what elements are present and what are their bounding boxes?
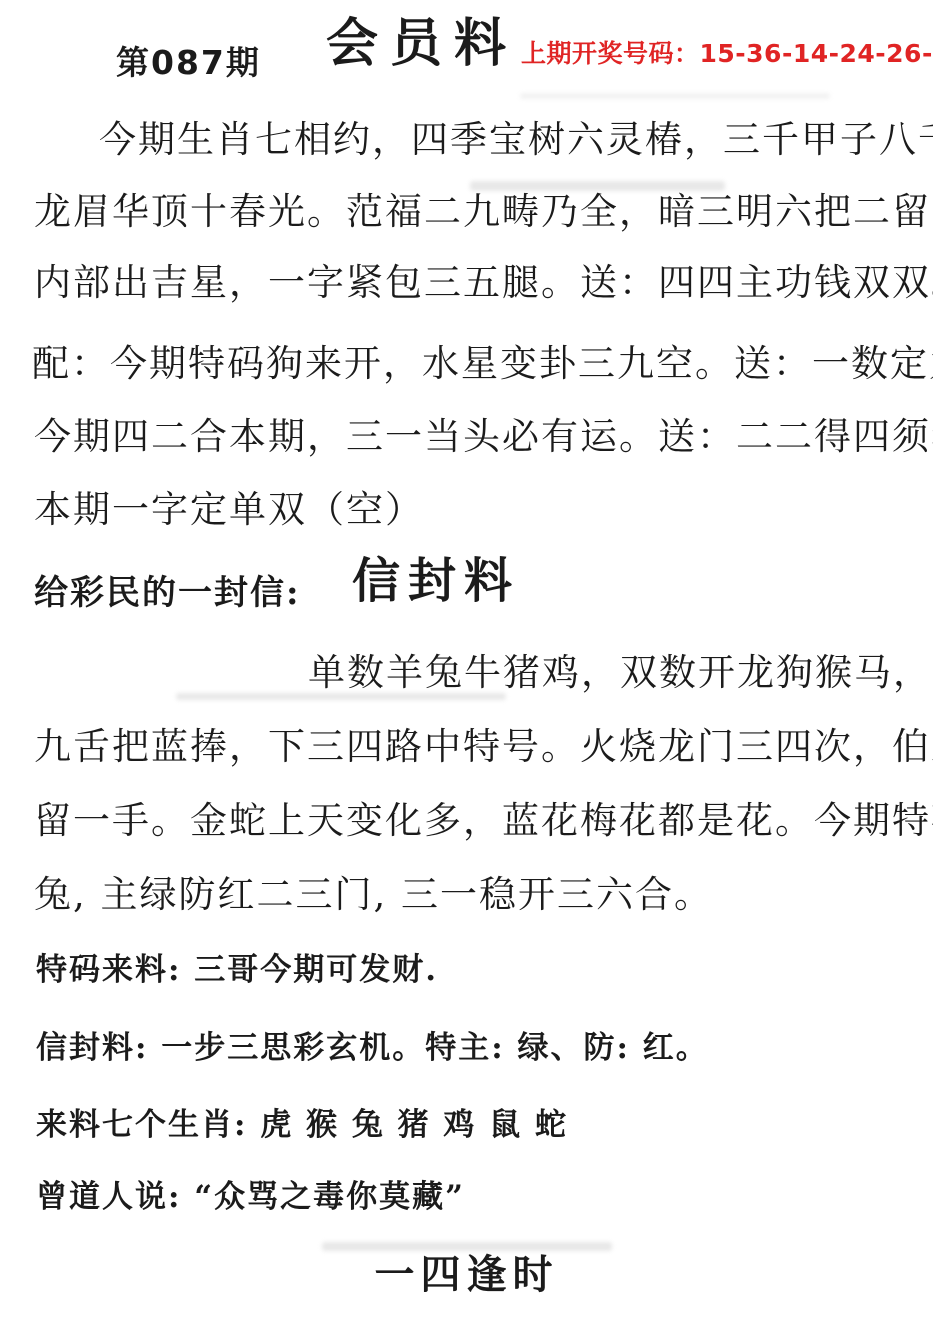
poem-line: 今期生肖七相约，四季宝树六灵椿，三千甲子八千寿， xyxy=(99,119,933,162)
footer-phrase: 一四逢时 xyxy=(0,1252,933,1298)
poem-line: 内部出吉星，一字紧包三五腿。送：四四主功钱双双。 xyxy=(34,262,933,305)
scan-artifact xyxy=(470,181,725,191)
tip-envelope: 信封料: 一步三思彩玄机。特主: 绿、防: 红。 xyxy=(36,1031,709,1067)
scan-artifact xyxy=(322,1242,612,1251)
letter-line: 兔, 主绿防红二三门, 三一稳开三六合。 xyxy=(34,874,713,917)
issue-number: 第087期 xyxy=(116,44,261,82)
scan-artifact xyxy=(520,93,830,99)
poem-line: 配：今期特码狗来开，水星变卦三九空。送：一数定九连。 xyxy=(32,343,933,386)
tip-quote: 曾道人说: “众骂之毒你莫藏” xyxy=(36,1180,465,1216)
poem-line: 龙眉华顶十春光。范福二九畴乃全，暗三明六把二留，四九 xyxy=(34,191,933,234)
poem-line: 今期四二合本期，三一当头必有运。送：二二得四须看紧 xyxy=(34,416,933,459)
tip-zodiacs: 来料七个生肖: 虎 猴 兔 猪 鸡 鼠 蛇 xyxy=(36,1108,568,1144)
sheet-title: 会员料 xyxy=(326,14,518,74)
letter-section-heading: 信封料 xyxy=(352,554,520,609)
last-draw-numbers: 上期开奖号码：15-36-14-24-26-34+12 xyxy=(521,40,933,69)
tip-special-code: 特码来料: 三哥今期可发财. xyxy=(36,953,438,989)
poem-line: 本期一字定单双（空） xyxy=(34,489,424,532)
letter-label: 给彩民的一封信: xyxy=(34,574,301,613)
letter-line: 单数羊兔牛猪鸡，双数开龙狗猴马，八嘴 xyxy=(308,652,933,695)
letter-line: 九舌把蓝捧，下三四路中特号。火烧龙门三四次，伯乐相马 xyxy=(34,726,933,769)
scanned-lottery-sheet: 第087期 会员料 上期开奖号码：15-36-14-24-26-34+12 今期… xyxy=(0,0,933,1327)
scan-artifact xyxy=(176,693,506,700)
letter-line: 留一手。金蛇上天变化多，蓝花梅花都是花。今期特码小单 xyxy=(34,800,933,843)
